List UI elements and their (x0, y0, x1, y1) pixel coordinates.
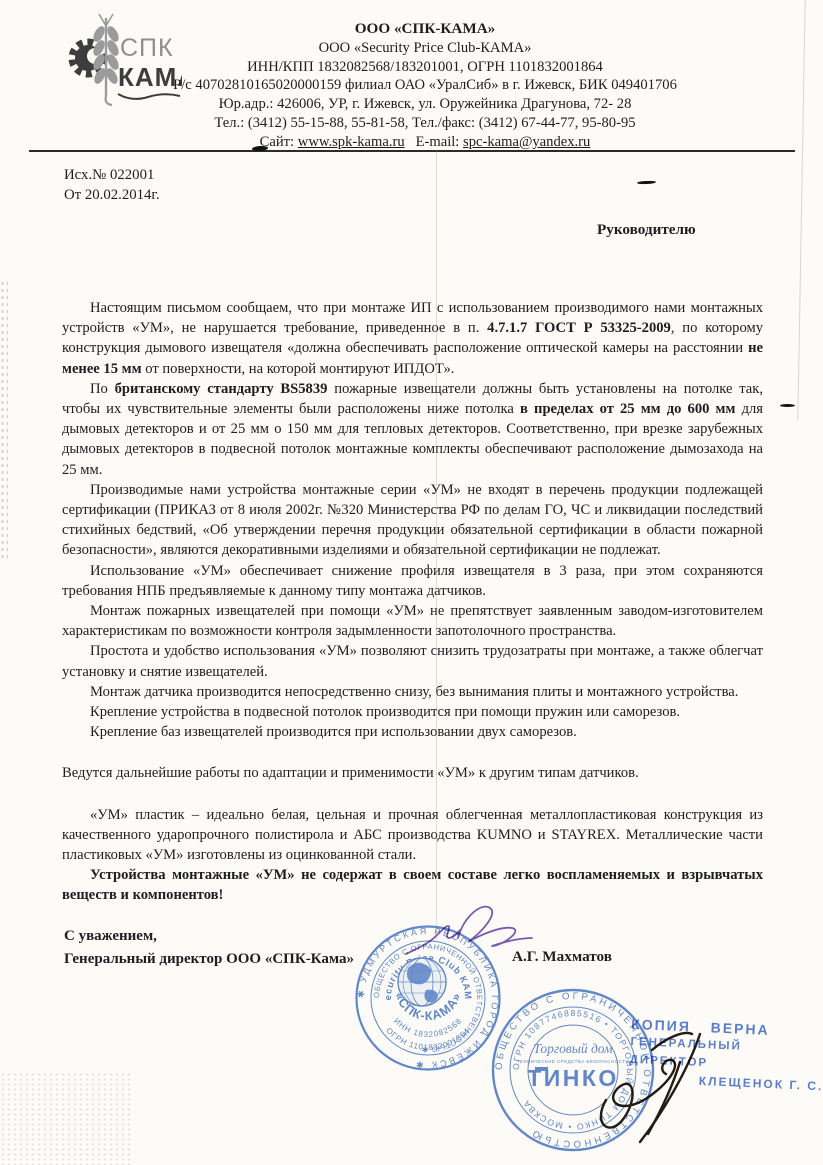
scan-noise (0, 1072, 130, 1165)
company-requisites-bank: Р/с 40702810165020000159 филиал ОАО «Ура… (60, 76, 790, 95)
paragraph: Крепление баз извещателей производится п… (62, 722, 763, 742)
paragraph: По британскому стандарту BS5839 пожарные… (62, 379, 763, 480)
company-phones: Тел.: (3412) 55-15-88, 55-81-58, Тел./фа… (60, 114, 790, 133)
company-name-ru: ООО «СПК-КАМА» (60, 20, 790, 39)
paragraph: Настоящим письмом сообщаем, что при монт… (62, 298, 763, 379)
reference-block: Исх.№ 022001 От 20.02.2014г. (64, 165, 160, 205)
paragraph: Крепление устройства в подвесной потолок… (62, 702, 763, 722)
scan-noise (0, 280, 8, 560)
scan-artifact (637, 181, 656, 185)
paragraph: Ведутся дальнейшие работы по адаптации и… (62, 763, 763, 783)
company-web-line: Сайт: www.spk-kama.ru E-mail: spc-kama@y… (60, 133, 790, 152)
paragraph: Монтаж датчика производится непосредстве… (62, 682, 763, 702)
paragraph: «УМ» пластик – идеально белая, цельная и… (62, 805, 763, 866)
paragraph: Использование «УМ» обеспечивает снижение… (62, 561, 763, 601)
addressee: Руководителю (597, 221, 696, 239)
director-signature (398, 898, 548, 978)
paragraph: Монтаж пожарных извещателей при помощи «… (62, 601, 763, 641)
closing-position: Генеральный директор ООО «СПК-Кама» (64, 948, 354, 971)
closing-block: С уважением, Генеральный директор ООО «С… (64, 925, 354, 971)
email-label: E-mail: (416, 134, 460, 150)
scan-artifact (780, 404, 795, 407)
company-name-en: ООО «Security Price Club-КАМА» (60, 39, 790, 58)
letter-date: От 20.02.2014г. (64, 185, 160, 205)
paper-fold-line (797, 0, 805, 420)
header-divider (29, 150, 795, 152)
site-link: www.spk-kama.ru (298, 134, 405, 150)
company-address: Юр.адр.: 426006, УР, г. Ижевск, ул. Оруж… (60, 95, 790, 114)
paragraph: Простота и удобство использования «УМ» п… (62, 641, 763, 681)
copy-holder-signature (588, 1022, 728, 1147)
paper-fold-line (436, 150, 437, 940)
letterhead: ООО «СПК-КАМА» ООО «Security Price Club-… (60, 20, 790, 152)
closing-regards: С уважением, (64, 925, 354, 948)
email-link: spc-kama@yandex.ru (463, 134, 590, 150)
scanned-letter-page: СПК КАМА ООО «СПК-КАМА» ООО «Security Pr… (0, 0, 823, 1165)
company-requisites-inn: ИНН/КПП 1832082568/183201001, ОГРН 11018… (60, 58, 790, 77)
letter-body: Настоящим письмом сообщаем, что при монт… (62, 298, 763, 906)
outgoing-number: Исх.№ 022001 (64, 165, 160, 185)
paragraph: Производимые нами устройства монтажные с… (62, 480, 763, 561)
